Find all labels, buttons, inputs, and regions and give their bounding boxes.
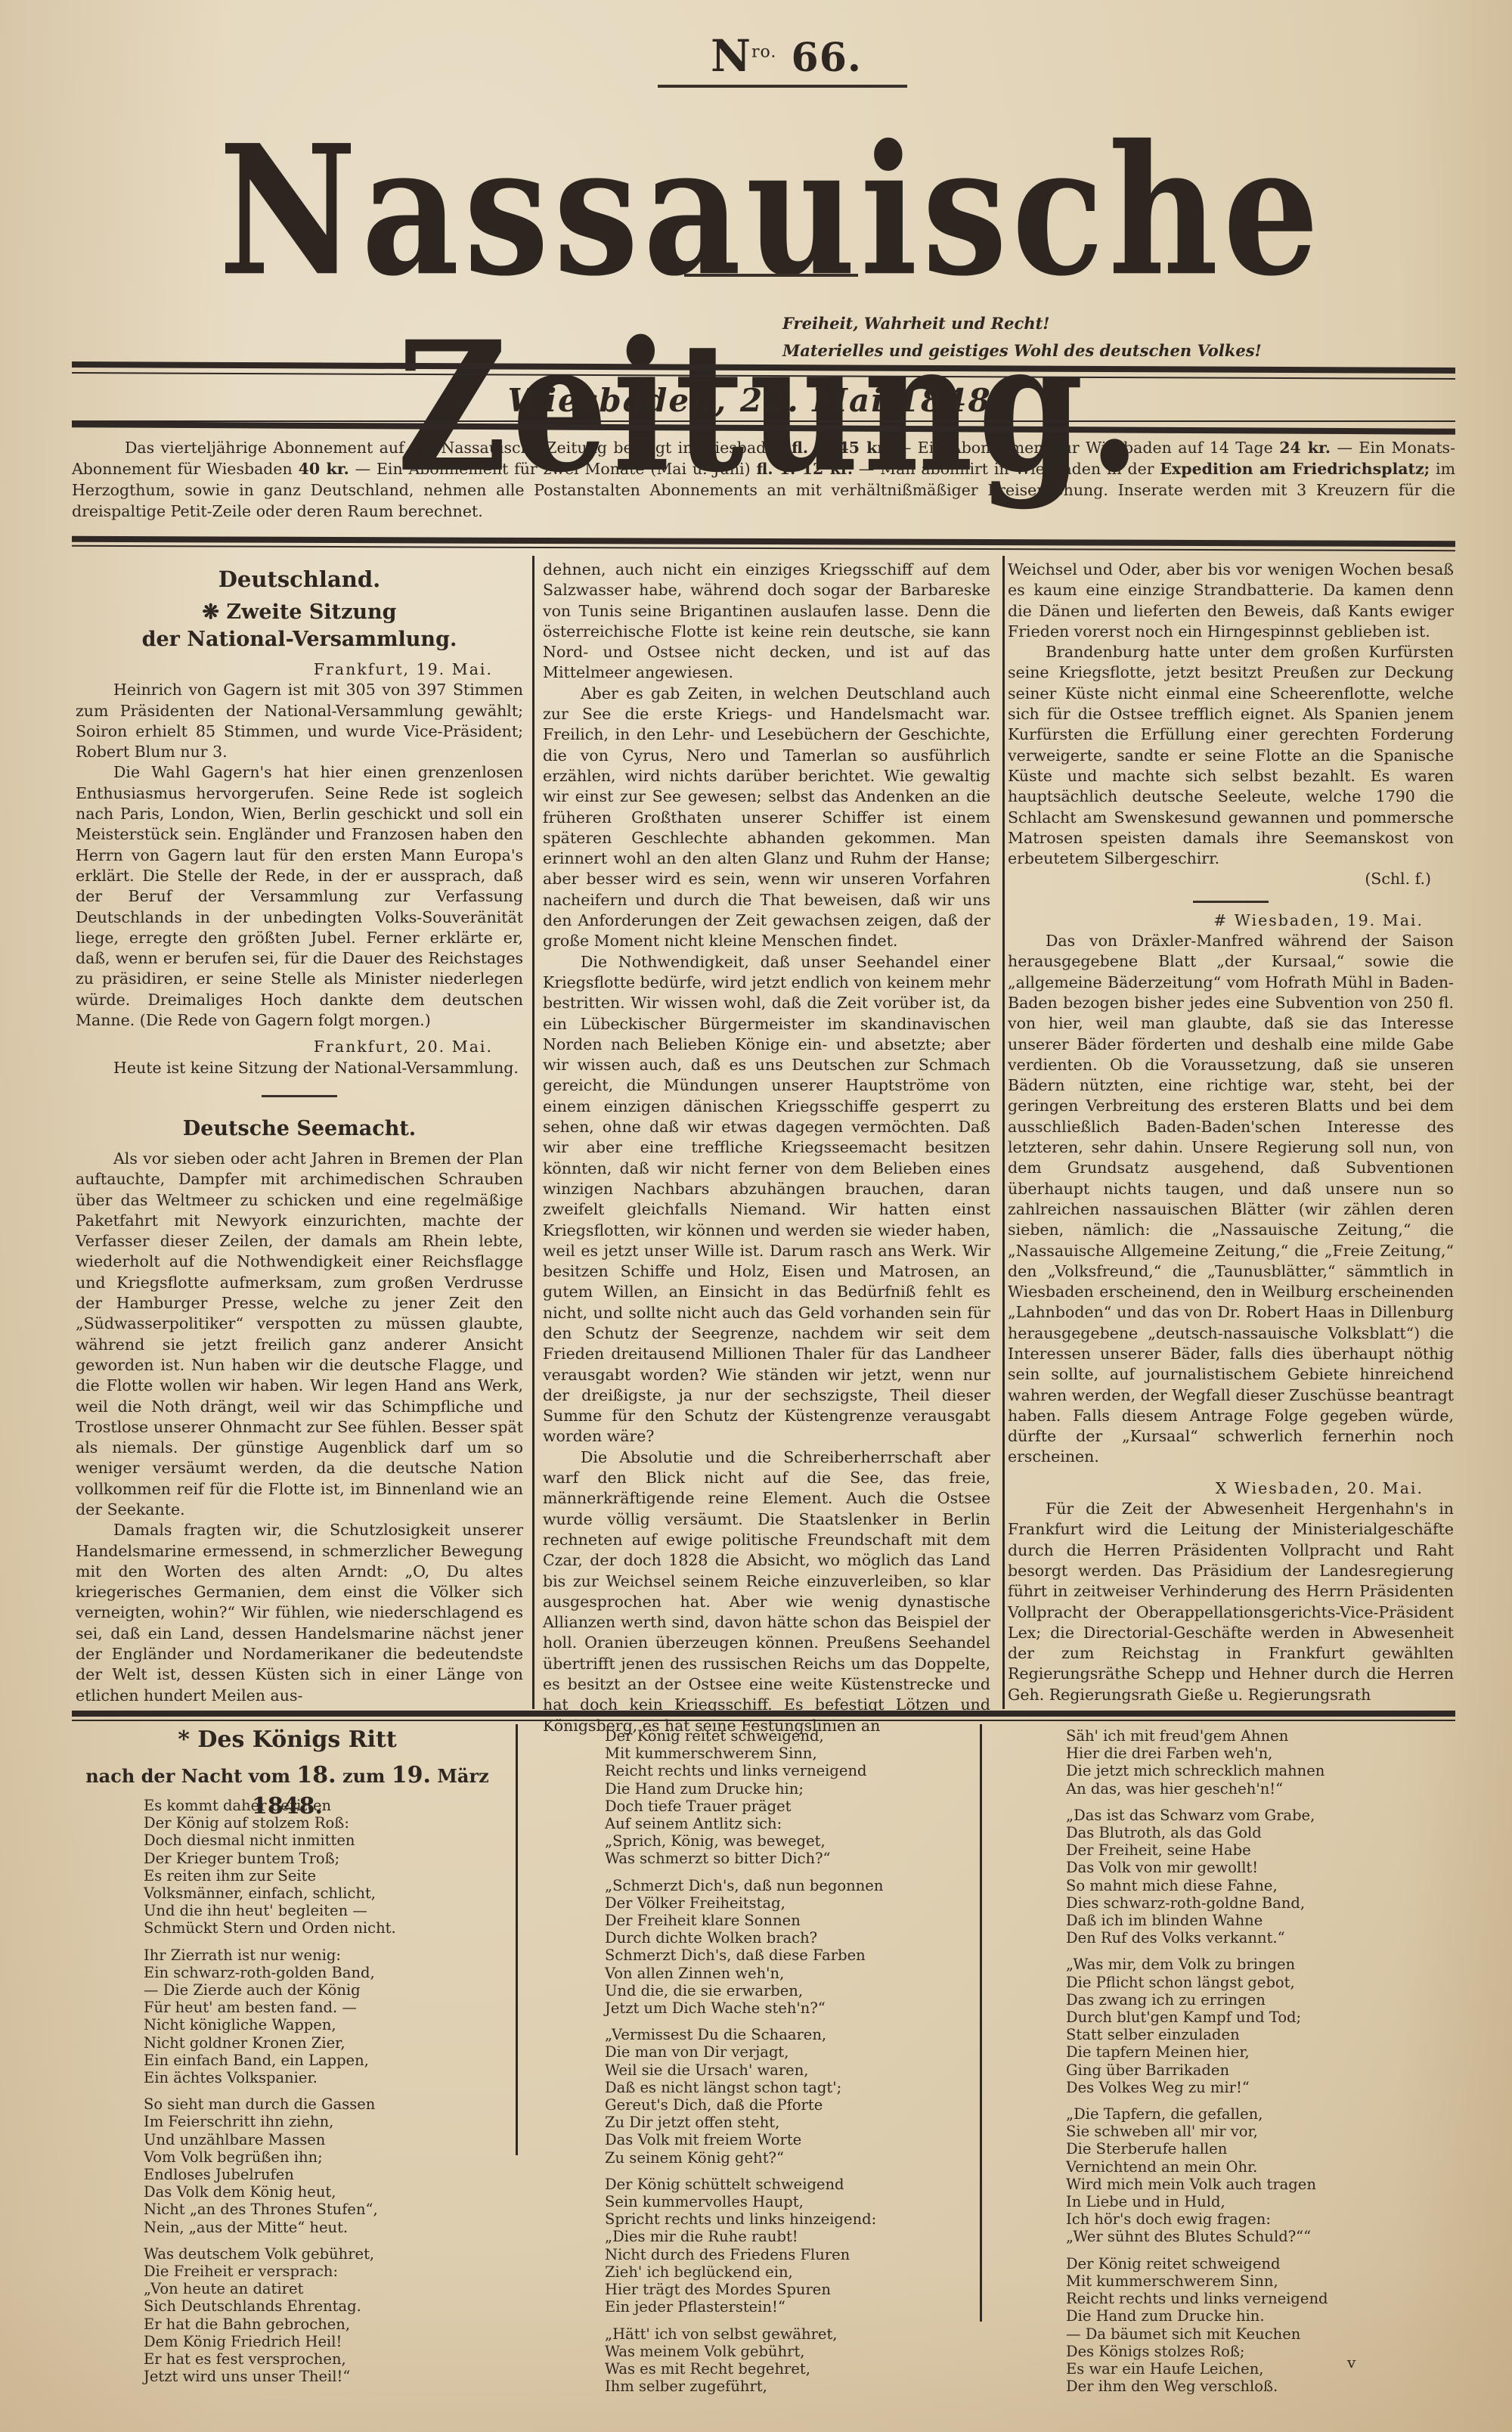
poem-line: Mit kummerschwerem Sinn, [1066,2272,1328,2290]
article-dateline: Frankfurt, 20. Mai. [76,1037,523,1057]
poem-line: Und die ihn heut' begleiten — [144,1902,396,1919]
column-rule [1002,556,1005,1709]
poem-stanza: „Schmerzt Dich's, daß nun begonnenDer Vö… [605,1877,883,2018]
poem-line: Nicht goldner Kronen Zier, [144,2034,396,2052]
poem-line: Den Ruf des Volks verkannt.“ [1066,1929,1328,1947]
paragraph: Heinrich von Gagern ist mit 305 von 397 … [76,680,523,762]
paragraph: Weichsel und Oder, aber bis vor wenigen … [1008,560,1454,642]
poem-stanza: Der König reitet schweigend,Mit kummersc… [605,1727,883,1868]
column-1: Deutschland. ❋ Zweite Sitzung der Nation… [76,560,523,1706]
article-dateline: X Wiesbaden, 20. Mai. [1008,1478,1454,1499]
poem-line: So sieht man durch die Gassen [144,2095,396,2113]
poem-line: Ein jeder Pflasterstein!“ [605,2298,883,2316]
mottos: Freiheit, Wahrheit und Recht! Materielle… [782,310,1387,364]
poem-line: Und unzählbare Massen [144,2131,396,2148]
poem-line: Gereut's Dich, daß die Pforte [605,2096,883,2114]
poem-line: Jetzt wird uns unser Theil!“ [144,2368,396,2385]
poem-line: Es kommt daher geritten [144,1797,396,1814]
issue-number: Nro. 66. [711,30,862,82]
poem-stanza: Säh' ich mit freud'gem AhnenHier die dre… [1066,1727,1328,1798]
poem-line: Schmerzt Dich's, daß diese Farben [605,1947,883,1964]
notice-text: — Man abonnirt in Wiesbaden in der [853,460,1160,478]
poem-line: Sie schweben all' mir vor, [1066,2123,1328,2140]
poem-line: Weil sie die Ursach' waren, [605,2061,883,2079]
paragraph: Für die Zeit der Abwesenheit Hergenhahn'… [1008,1499,1454,1705]
poem-line: „Schmerzt Dich's, daß nun begonnen [605,1877,883,1894]
poem-line: Ein ächtes Volkspanier. [144,2069,396,2086]
poem-stanza: Es kommt daher gerittenDer König auf sto… [144,1797,396,1937]
poem-line: Statt selber einzuladen [1066,2026,1328,2043]
poem-line: „Vermissest Du die Schaaren, [605,2026,883,2043]
poem-stanza: Was deutschem Volk gebühret,Die Freiheit… [144,2245,396,2386]
poem-stanza: Der König reitet schweigendMit kummersch… [1066,2255,1328,2396]
poem-line: Ihr Zierrath ist nur wenig: [144,1947,396,1964]
poem-stanza: „Die Tapfern, die gefallen,Sie schweben … [1066,2105,1328,2246]
column-rule [516,1724,518,2155]
poem-line: Es war ein Haufe Leichen, [1066,2360,1328,2378]
poem-line: Daß es nicht längst schon tagt'; [605,2079,883,2096]
poem-line: Die Freiheit er versprach: [144,2263,396,2280]
poem-line: Ein einfach Band, ein Lappen, [144,2052,396,2069]
poem-line: Der König reitet schweigend [1066,2255,1328,2272]
poem-line: Der Freiheit, seine Habe [1066,1841,1328,1859]
poem-line: Die man von Dir verjagt, [605,2043,883,2061]
poem-line: Nein, „aus der Mitte“ heut. [144,2219,396,2236]
poem-line: Für heut' am besten fand. — [144,1999,396,2016]
notice-location: Expedition am Friedrichsplatz; [1160,460,1430,478]
poem-line: Die tapfern Meinen hier, [1066,2043,1328,2061]
poem-line: Zieh' ich beglückend ein, [605,2263,883,2281]
poem-column-1: Es kommt daher gerittenDer König auf sto… [144,1797,396,2395]
poem-line: Es reiten ihm zur Seite [144,1867,396,1884]
poem-line: Durch dichte Wolken brach? [605,1929,883,1947]
poem-line: Hier die drei Farben weh'n, [1066,1745,1328,1762]
poem-line: Das Volk mit freiem Worte [605,2131,883,2148]
poem-line: Das zwang ich zu erringen [1066,1991,1328,2009]
poem-line: Von allen Zinnen weh'n, [605,1965,883,1982]
poem-line: Wird mich mein Volk auch tragen [1066,2176,1328,2193]
issue-prefix: N [711,30,751,82]
end-mark: v [1347,2353,1356,2372]
poem-line: An das, was hier gescheh'n!“ [1066,1780,1328,1798]
poem-line: Vernichtend an mein Ohr. [1066,2158,1328,2176]
poem-line: Im Feierschritt ihn ziehn, [144,2113,396,2130]
poem-line: Doch diesmal nicht inmitten [144,1832,396,1849]
poem-stanza: „Vermissest Du die Schaaren,Die man von … [605,2026,883,2167]
poem-line: Das Volk dem König heut, [144,2183,396,2201]
notice-text: — Ein Abonnement für zwei Monate (Mai u.… [349,460,757,478]
poem-line: Ich hör's doch ewig fragen: [1066,2210,1328,2228]
paragraph: Damals fragten wir, die Schutzlosigkeit … [76,1520,523,1706]
poem-stanza: „Das ist das Schwarz vom Grabe,Das Blutr… [1066,1807,1328,1947]
poem-line: — Die Zierde auch der König [144,1981,396,1999]
poem-line: Der Völker Freiheitstag, [605,1894,883,1912]
article-signature: (Schl. f.) [1008,869,1454,889]
poem-line: Die Pflicht schon längst gebot, [1066,1974,1328,1991]
motto-1: Freiheit, Wahrheit und Recht! [782,310,1387,337]
paragraph: Brandenburg hatte unter dem großen Kurfü… [1008,642,1454,869]
poem-subtitle-text: März [431,1765,489,1787]
section-heading: Deutschland. [76,564,523,594]
poem-line: Er hat die Bahn gebrochen, [144,2316,396,2333]
issue-dateline: Wiesbaden, 22. Mai 1848. [0,382,1512,419]
poem-line: Nicht „an des Thrones Stufen“, [144,2201,396,2218]
poem-line: Zu Dir jetzt offen steht, [605,2114,883,2131]
poem-subtitle-date: 19. [392,1762,431,1788]
poem-line: Der König reitet schweigend, [605,1727,883,1745]
poem-line: Das Blutroth, als das Gold [1066,1824,1328,1841]
notice-price: 40 kr. [299,460,349,478]
poem-line: Daß ich im blinden Wahne [1066,1912,1328,1929]
poem-line: „Von heute an datiret [144,2280,396,2297]
poem-line: „Was mir, dem Volk zu bringen [1066,1956,1328,1973]
motto-2: Materielles und geistiges Wohl des deuts… [782,337,1387,364]
poem-column-3: Säh' ich mit freud'gem AhnenHier die dre… [1066,1727,1328,2404]
poem-line: Der König auf stolzem Roß: [144,1814,396,1832]
poem-line: Reicht rechts und links verneigend [1066,2290,1328,2307]
paragraph: Als vor sieben oder acht Jahren in Breme… [76,1149,523,1520]
poem-line: Der König schüttelt schweigend [605,2176,883,2193]
poem-line: „Sprich, König, was beweget, [605,1832,883,1850]
poem-line: Das Volk von mir gewollt! [1066,1859,1328,1876]
poem-line: „Das ist das Schwarz vom Grabe, [1066,1807,1328,1824]
poem-line: Was deutschem Volk gebühret, [144,2245,396,2263]
subscription-notice: Das vierteljährige Abonnement auf die Na… [72,437,1455,522]
poem-line: Sich Deutschlands Ehrentag. [144,2297,396,2315]
poem-line: In Liebe und in Huld, [1066,2193,1328,2210]
poem-stanza: So sieht man durch die GassenIm Feiersch… [144,2095,396,2236]
poem-line: Die Hand zum Drucke hin; [605,1780,883,1798]
poem-line: Nicht königliche Wappen, [144,2016,396,2033]
poem-title: * Des Königs Ritt [76,1724,499,1756]
paragraph: Heute ist keine Sitzung der National-Ver… [76,1058,523,1078]
poem-line: Er hat es fest versprochen, [144,2350,396,2368]
article-heading: Deutsche Seemacht. [76,1114,523,1144]
notice-text: Das vierteljährige Abonnement auf die Na… [125,439,792,457]
poem-line: Der Krieger buntem Troß; [144,1850,396,1867]
notice-price: 24 kr. [1279,439,1331,457]
poem-line: So mahnt mich diese Fahne, [1066,1877,1328,1894]
poem-line: — Da bäumet sich mit Keuchen [1066,2325,1328,2343]
poem-line: Doch tiefe Trauer präget [605,1798,883,1815]
poem-line: „Die Tapfern, die gefallen, [1066,2105,1328,2123]
poem-line: Der Freiheit klare Sonnen [605,1912,883,1929]
poem-line: Auf seinem Antlitz sich: [605,1815,883,1832]
paragraph: Die Wahl Gagern's hat hier einen grenzen… [76,762,523,1031]
separator-rule [1193,901,1269,903]
poem-line: Endloses Jubelrufen [144,2166,396,2183]
poem-subtitle-date: 18. [296,1762,336,1788]
poem-line: Vom Volk begrüßen ihn; [144,2148,396,2166]
article-heading: der National-Versammlung. [76,626,523,653]
poem-subtitle-text: nach der Nacht vom [85,1765,296,1787]
poem-line: Nicht durch des Friedens Fluren [605,2246,883,2263]
poem-line: „Wer sühnt des Blutes Schuld?““ [1066,2228,1328,2245]
poem-line: Des Volkes Weg zu mir!“ [1066,2079,1328,2096]
poem-line: Säh' ich mit freud'gem Ahnen [1066,1727,1328,1745]
poem-line: „Dies mir die Ruhe raubt! [605,2228,883,2245]
rule [72,1711,1455,1717]
poem-stanza: „Was mir, dem Volk zu bringenDie Pflicht… [1066,1956,1328,2096]
column-rule [980,1724,982,2322]
article-dateline: Frankfurt, 19. Mai. [76,659,523,680]
poem-line: Ging über Barrikaden [1066,2061,1328,2079]
poem-line: Die jetzt mich schrecklich mahnen [1066,1762,1328,1779]
paragraph: dehnen, auch nicht ein einziges Kriegssc… [543,560,990,684]
issue-number-value: 66. [792,35,862,81]
poem-line: Ein schwarz-roth-golden Band, [144,1964,396,1981]
poem-line: Die Sterberufe hallen [1066,2140,1328,2157]
poem-subtitle-text: zum [336,1765,392,1787]
notice-text: — Ein Abonnement für Wiesbaden auf 14 Ta… [889,439,1279,457]
poem-line: Sein kummervolles Haupt, [605,2193,883,2210]
poem-line: Mit kummerschwerem Sinn, [605,1745,883,1762]
separator-rule [262,1095,337,1097]
poem-line: Spricht rechts und links hinzeigend: [605,2210,883,2228]
paragraph: Das von Dräxler-Manfred während der Sais… [1008,931,1454,1468]
poem-line: Hier trägt des Mordes Spuren [605,2281,883,2298]
poem-line: Durch blut'gen Kampf und Tod; [1066,2009,1328,2026]
poem-line: Jetzt um Dich Wache steh'n?“ [605,1999,883,2017]
column-2: dehnen, auch nicht ein einziges Kriegssc… [543,560,990,1736]
poem-line: Was schmerzt so bitter Dich?“ [605,1850,883,1867]
poem-line: Zu seinem König geht?“ [605,2149,883,2167]
poem-line: Ihm selber zugeführt, [605,2378,883,2395]
paragraph: Die Nothwendigkeit, daß unser Seehandel … [543,952,990,1447]
article-dateline: # Wiesbaden, 19. Mai. [1008,910,1454,931]
article-heading: ❋ Zweite Sitzung [76,599,523,626]
issue-rule [658,85,907,88]
poem-stanza: „Hätt' ich von selbst gewähret,Was meine… [605,2325,883,2396]
poem-line: Dem König Friedrich Heil! [144,2333,396,2350]
poem-line: Was meinem Volk gebührt, [605,2343,883,2360]
rule [72,1720,1455,1721]
column-3: Weichsel und Oder, aber bis vor wenigen … [1008,560,1454,1705]
poem-line: Was es mit Recht begehret, [605,2360,883,2378]
poem-line: Schmückt Stern und Orden nicht. [144,1919,396,1937]
notice-price: fl. 1. 12 kr. [756,460,853,478]
notice-price: fl. 1. 45 kr. [792,439,889,457]
poem-line: Des Königs stolzes Roß; [1066,2343,1328,2360]
masthead-rule [684,274,858,277]
poem-line: Reicht rechts und links verneigend [605,1762,883,1779]
poem-line: Volksmänner, einfach, schlicht, [144,1884,396,1902]
paragraph: Die Absolutie und die Schreiberherrschaf… [543,1447,990,1736]
poem-column-2: Der König reitet schweigend,Mit kummersc… [605,1727,883,2404]
poem-line: Der ihm den Weg verschloß. [1066,2378,1328,2395]
issue-prefix-sup: ro. [751,43,776,62]
poem-line: Die Hand zum Drucke hin. [1066,2307,1328,2325]
poem-stanza: Der König schüttelt schweigendSein kumme… [605,2176,883,2316]
poem-stanza: Ihr Zierrath ist nur wenig:Ein schwarz-r… [144,1947,396,2087]
poem-line: Dies schwarz-roth-goldne Band, [1066,1894,1328,1912]
paragraph: Aber es gab Zeiten, in welchen Deutschla… [543,684,990,952]
column-rule [532,556,534,1709]
poem-line: Und die, die sie erwarben, [605,1982,883,1999]
poem-line: „Hätt' ich von selbst gewähret, [605,2325,883,2343]
